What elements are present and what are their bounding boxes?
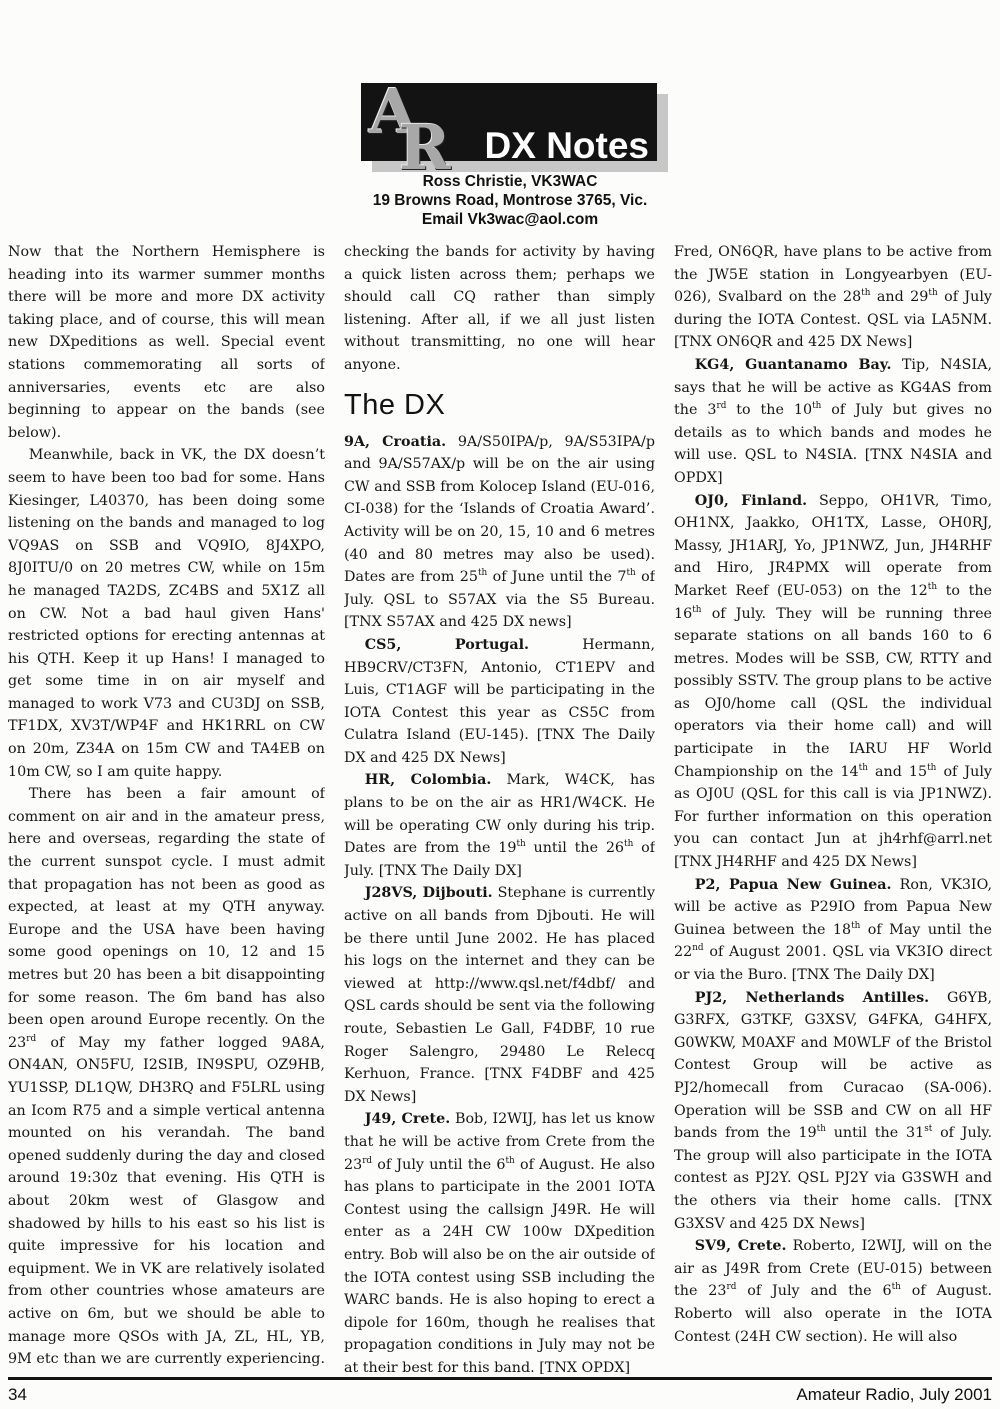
dx-item-text: Bob, I2WIJ, has let us know that he will…: [344, 1111, 655, 1374]
dx-item-lead: SV9, Crete.: [695, 1238, 787, 1254]
dx-item-text: Hermann, HB9CRV/CT3FN, Antonio, CT1EPV a…: [344, 637, 655, 766]
dx-item-lead: OJ0, Finland.: [695, 493, 807, 509]
dx-item: 9A, Croatia. 9A/S50IPA/p, 9A/S53IPA/p an…: [344, 431, 655, 634]
author-address: 19 Browns Road, Montrose 3765, Vic.: [310, 191, 710, 210]
ar-magazine-logo-icon: A R: [369, 71, 479, 181]
dx-item: PJ2, Netherlands Antilles. G6YB, G3RFX, …: [674, 987, 992, 1236]
dx-notes-banner: A R DX Notes: [361, 83, 657, 161]
dx-item-text: Stephane is currently active on all band…: [344, 885, 655, 1104]
author-contact-block: Ross Christie, VK3WAC 19 Browns Road, Mo…: [310, 172, 710, 229]
dx-item-lead: HR, Colombia.: [365, 772, 492, 788]
dx-item: KG4, Guantanamo Bay. Tip, N4SIA, says th…: [674, 354, 992, 490]
column-1: Now that the Northern Hemisphere is head…: [8, 241, 325, 1374]
section-heading: The DX: [344, 389, 655, 422]
magazine-page: { "colors": { "banner_bg": "#131313", "b…: [0, 0, 1000, 1409]
dx-item: OJ0, Finland. Seppo, OH1VR, Timo, OH1NX,…: [674, 490, 992, 874]
dx-item-text: Tip, N4SIA, says that he will be active …: [674, 357, 992, 486]
dx-item: CS5, Portugal. Hermann, HB9CRV/CT3FN, An…: [344, 634, 655, 770]
page-footer: 34 Amateur Radio, July 2001: [8, 1385, 992, 1405]
dx-item: J28VS, Dijbouti. Stephane is currently a…: [344, 882, 655, 1108]
paragraph: There has been a fair amount of comment …: [8, 783, 325, 1374]
column-title: DX Notes: [485, 125, 649, 167]
dx-item: HR, Colombia. Mark, W4CK, has plans to b…: [344, 769, 655, 882]
article-body: Now that the Northern Hemisphere is head…: [8, 241, 992, 1374]
column-2: checking the bands for activity by havin…: [344, 241, 655, 1374]
journal-title: Amateur Radio, July 2001: [796, 1385, 992, 1405]
column-3: Fred, ON6QR, have plans to be active fro…: [674, 241, 992, 1374]
author-email: Email Vk3wac@aol.com: [310, 210, 710, 229]
paragraph: Meanwhile, back in VK, the DX doesn’t se…: [8, 444, 325, 783]
author-byline: Ross Christie, VK3WAC: [310, 172, 710, 191]
paragraph-continuation: checking the bands for activity by havin…: [344, 241, 655, 377]
dx-item-lead: KG4, Guantanamo Bay.: [695, 357, 892, 373]
dx-item-lead: CS5, Portugal.: [365, 637, 529, 653]
dx-item: J49, Crete. Bob, I2WIJ, has let us know …: [344, 1108, 655, 1374]
dx-item-text: Seppo, OH1VR, Timo, OH1NX, Jaakko, OH1TX…: [674, 493, 992, 871]
dx-item-lead: PJ2, Netherlands Antilles.: [695, 990, 929, 1006]
dx-item-lead: J28VS, Dijbouti.: [365, 885, 493, 901]
dx-item-text: G6YB, G3RFX, G3TKF, G3XSV, G4FKA, G4HFX,…: [674, 990, 992, 1232]
page-number: 34: [8, 1385, 27, 1405]
dx-item: P2, Papua New Guinea. Ron, VK3IO, will b…: [674, 874, 992, 987]
dx-item-text: 9A/S50IPA/p, 9A/S53IPA/p and 9A/S57AX/p …: [344, 434, 655, 631]
dx-item-lead: J49, Crete.: [365, 1111, 450, 1127]
paragraph-continuation: Fred, ON6QR, have plans to be active fro…: [674, 241, 992, 354]
dx-item-lead: P2, Papua New Guinea.: [695, 877, 892, 893]
dx-item-lead: 9A, Croatia.: [344, 434, 446, 450]
dx-item: SV9, Crete. Roberto, I2WIJ, will on the …: [674, 1235, 992, 1348]
paragraph: Now that the Northern Hemisphere is head…: [8, 241, 325, 444]
footer-rule: [8, 1377, 992, 1380]
